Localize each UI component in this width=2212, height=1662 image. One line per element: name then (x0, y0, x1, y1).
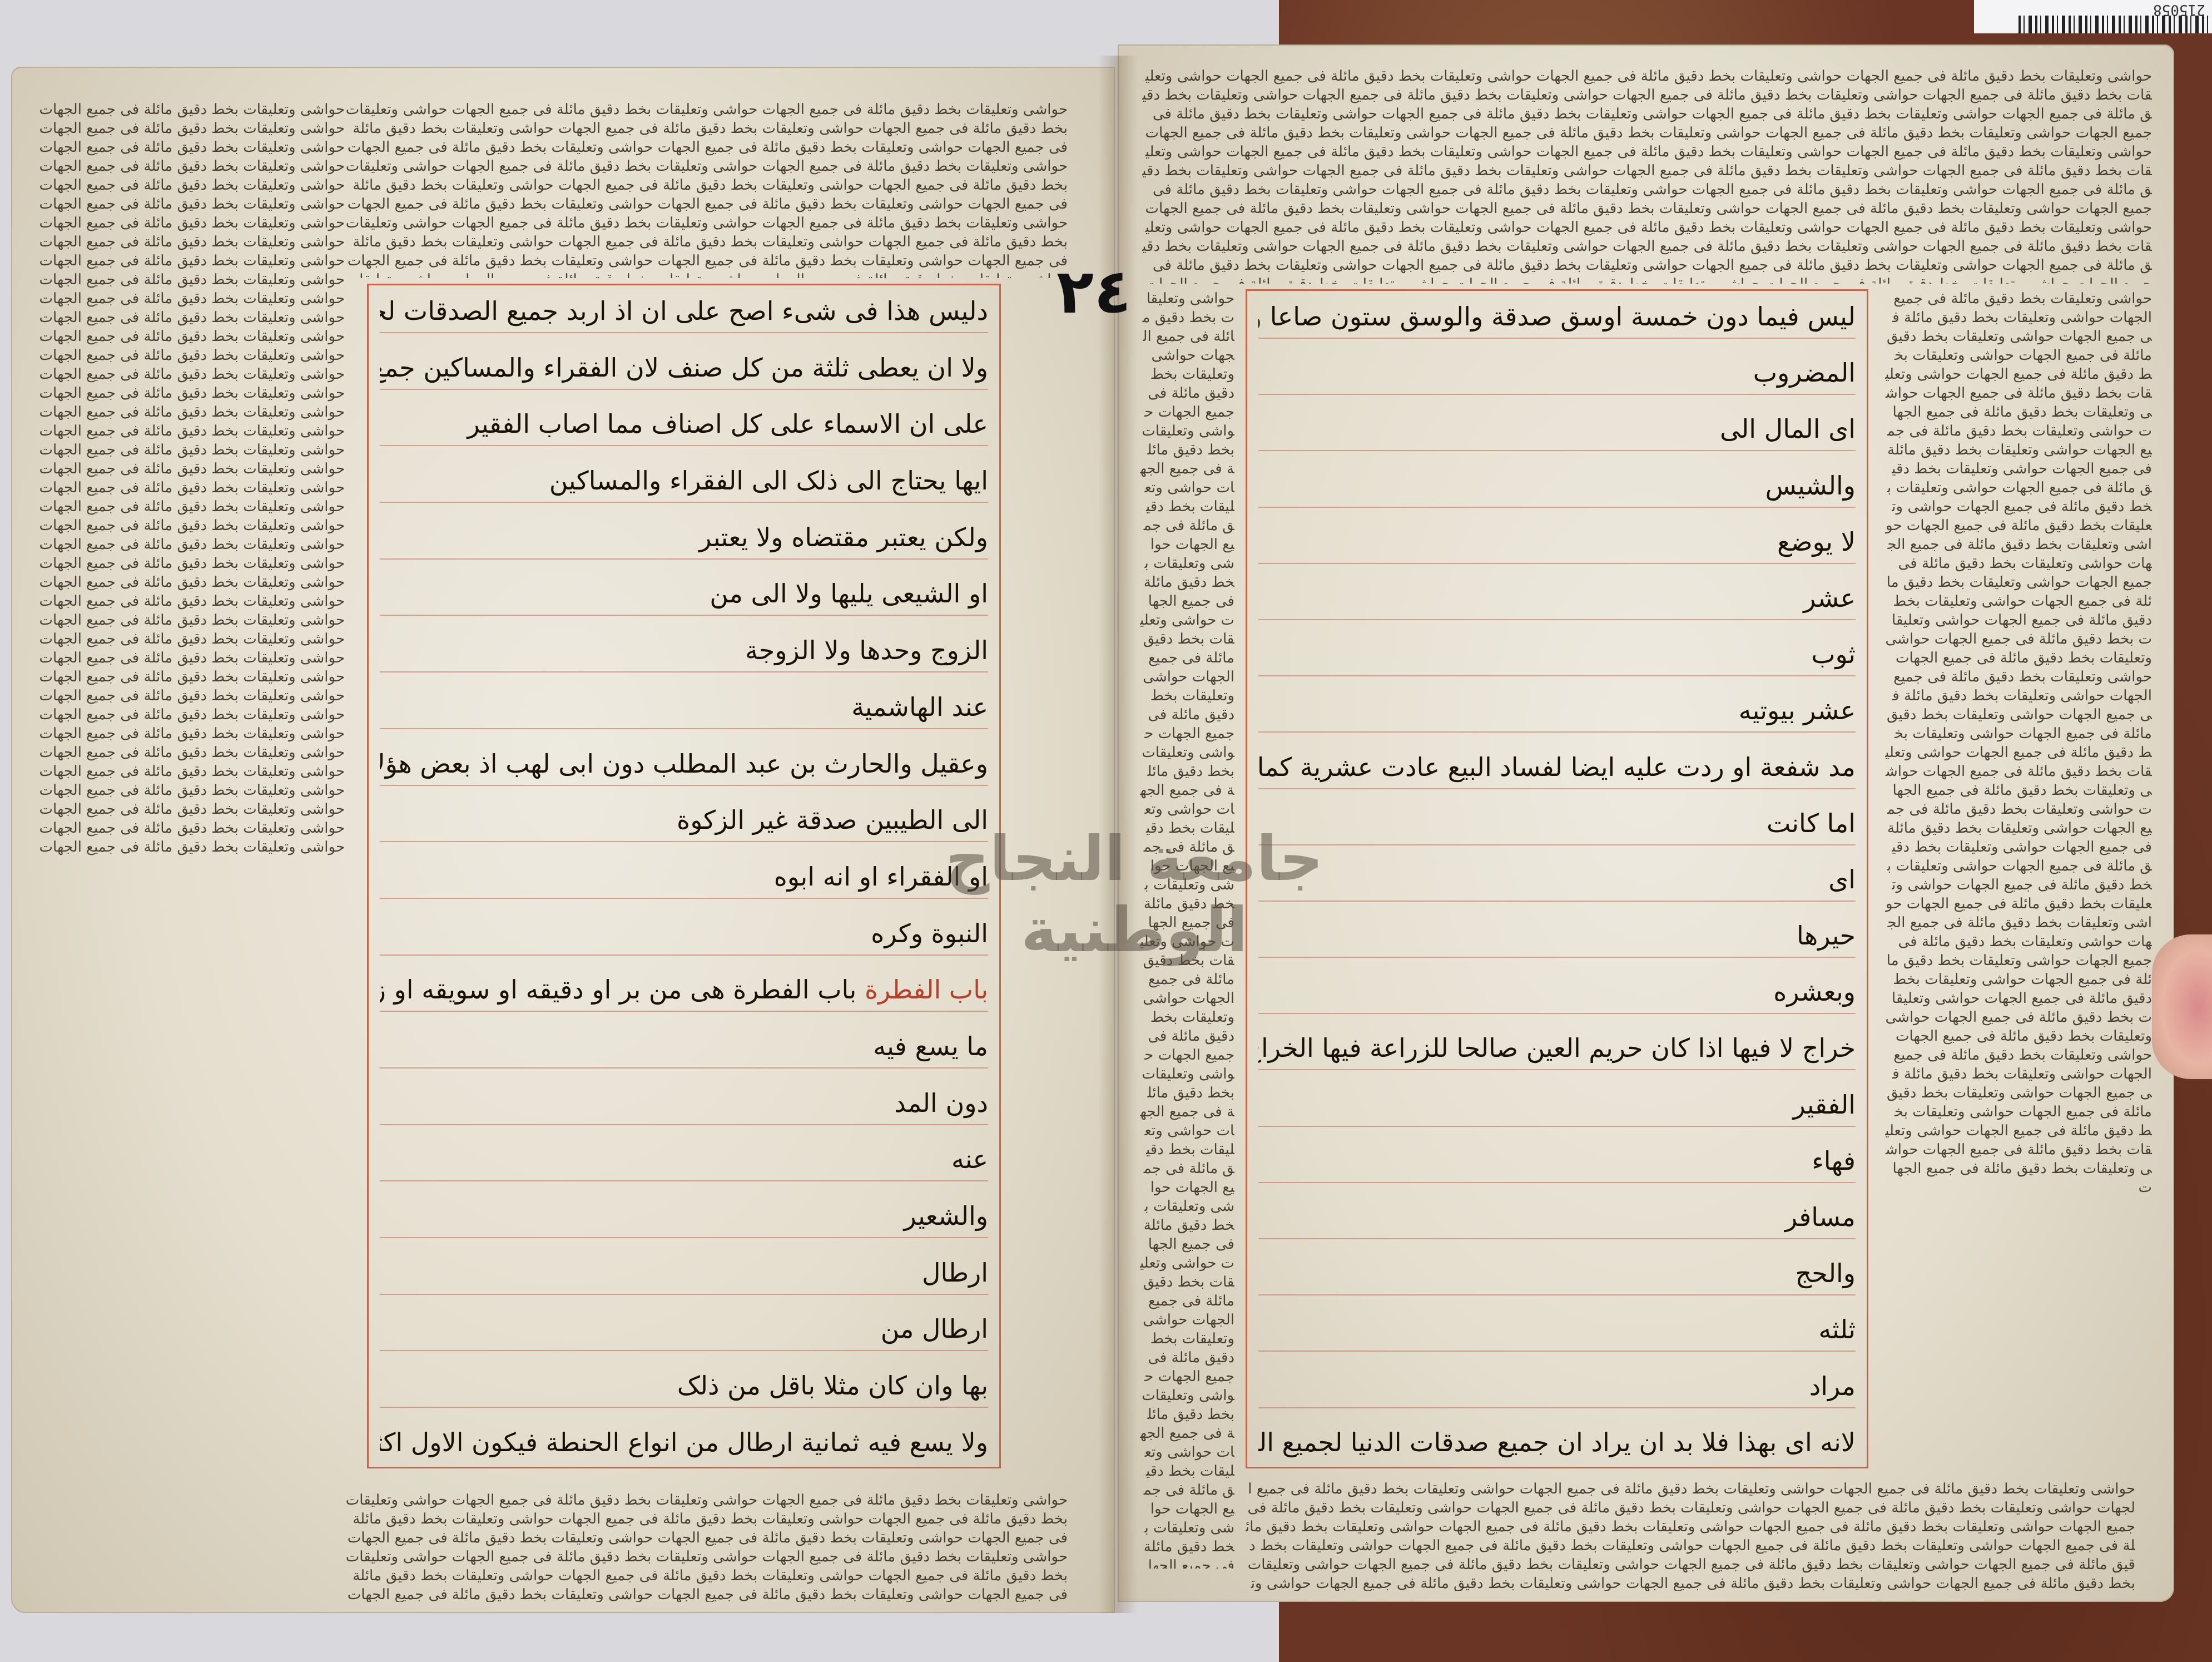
left-outer-margin-notes: حواشی وتعلیقات بخط دقیق مائلة فی جمیع ال… (33, 100, 345, 1602)
text-line: دون المد (380, 1081, 988, 1125)
manuscript-spread: حواشی وتعلیقات بخط دقیق مائلة فی جمیع ال… (11, 44, 2196, 1635)
text-line: الزوج وحدها ولا الزوجة (380, 628, 988, 672)
text-line: عنه (380, 1137, 988, 1181)
text-line-with-heading: باب الفطرة باب الفطرة هی من بر او دقیقه … (380, 967, 988, 1012)
text-line: الفقیر (1258, 1082, 1856, 1127)
left-bottom-margin-notes: حواشی وتعلیقات بخط دقیق مائلة فی جمیع ال… (345, 1491, 1068, 1602)
text-line: وبعشره (1258, 970, 1856, 1014)
barcode-bars (2018, 16, 2212, 33)
text-line: ولا یسع فیه ثمانیة ارطال من انواع الحنطة… (380, 1420, 988, 1463)
right-bottom-margin-notes: حواشی وتعلیقات بخط دقیق مائلة فی جمیع ال… (1246, 1480, 2135, 1591)
text-line: والشعیر (380, 1194, 988, 1238)
left-top-margin-notes: حواشی وتعلیقات بخط دقیق مائلة فی جمیع ال… (345, 100, 1068, 278)
text-line: دلیس هذا فی شیء اصح علی ان اذ اربد جمیع … (380, 289, 988, 333)
text-line: ارطال من (380, 1307, 988, 1351)
right-outer-margin-notes: حواشی وتعلیقات بخط دقیق مائلة فی جمیع ال… (1885, 289, 2152, 1569)
text-line: ایها یحتاج الی ذلک الی الفقراء والمساکین (380, 458, 988, 503)
text-line: فهاء (1258, 1139, 1856, 1183)
text-line: ولا ان یعطی ثلثة من کل صنف لان الفقراء و… (380, 345, 988, 390)
text-line-body: باب الفطرة هی من بر او دقیقه او سویقه او… (380, 975, 856, 1005)
holding-finger (2152, 934, 2212, 1079)
text-line: مسافر (1258, 1195, 1856, 1239)
text-line: ما یسع فیه (380, 1024, 988, 1069)
text-line: المضروب (1258, 350, 1856, 395)
text-line: ای (1258, 857, 1856, 902)
text-line: والشیس (1258, 463, 1856, 508)
text-line: او الفقراء او انه ابوه (380, 854, 988, 899)
text-line: لیس فیما دون خمسة اوسق صدقة والوسق ستون … (1258, 294, 1856, 339)
text-line: ای المال الی (1258, 407, 1856, 451)
text-line: لانه ای بهذا فلا بد ان یراد ان جمیع صدقا… (1258, 1420, 1856, 1463)
text-line-with-heading: خراج لا فیها اذا کان حریم العین صالحا لل… (1258, 1026, 1856, 1070)
page-number: ٢٤ (1057, 256, 1131, 327)
text-line: لا یوضع (1258, 520, 1856, 564)
text-line: مد شفعة او ردت علیه ایضا لفساد البیع عاد… (1258, 745, 1856, 789)
text-line: عشر (1258, 576, 1856, 620)
text-line: ارطال (380, 1250, 988, 1295)
text-line: حیرها (1258, 913, 1856, 958)
text-line: والحج (1258, 1251, 1856, 1295)
left-text-block: دلیس هذا فی شیء اصح علی ان اذ اربد جمیع … (367, 284, 1001, 1468)
text-line: اما کانت (1258, 801, 1856, 845)
text-line: ثلثه (1258, 1307, 1856, 1352)
text-line: بها وان کان مثلا باقل من ذلک (380, 1363, 988, 1408)
text-line: عشر بیوتیه (1258, 688, 1856, 733)
text-line: علی ان الاسماء علی کل اصناف مما اصاب الف… (380, 402, 988, 446)
watermark: جامعة النجاح الوطنية (923, 823, 1346, 966)
barcode-label: 215058 (1974, 0, 2212, 33)
text-line: النبوة وکره (380, 911, 988, 956)
chapter-heading-fitra: باب الفطرة (865, 975, 988, 1005)
text-line: وعقیل والحارث بن عبد المطلب دون ابی لهب … (380, 741, 988, 786)
text-line: او الشیعی یلیها ولا الی من (380, 571, 988, 616)
text-line-body: خراج لا فیها اذا کان حریم العین صالحا لل… (1258, 1033, 1856, 1063)
text-line: ولکن یعتبر مقتضاه ولا یعتبر (380, 515, 988, 560)
text-line: مراد (1258, 1364, 1856, 1408)
text-line: ثوب (1258, 632, 1856, 676)
text-line: عند الهاشمیة (380, 685, 988, 729)
text-line: الی الطیبین صدقة غیر الزکوة (380, 798, 988, 842)
right-top-margin-notes: حواشی وتعلیقات بخط دقیق مائلة فی جمیع ال… (1140, 67, 2152, 284)
